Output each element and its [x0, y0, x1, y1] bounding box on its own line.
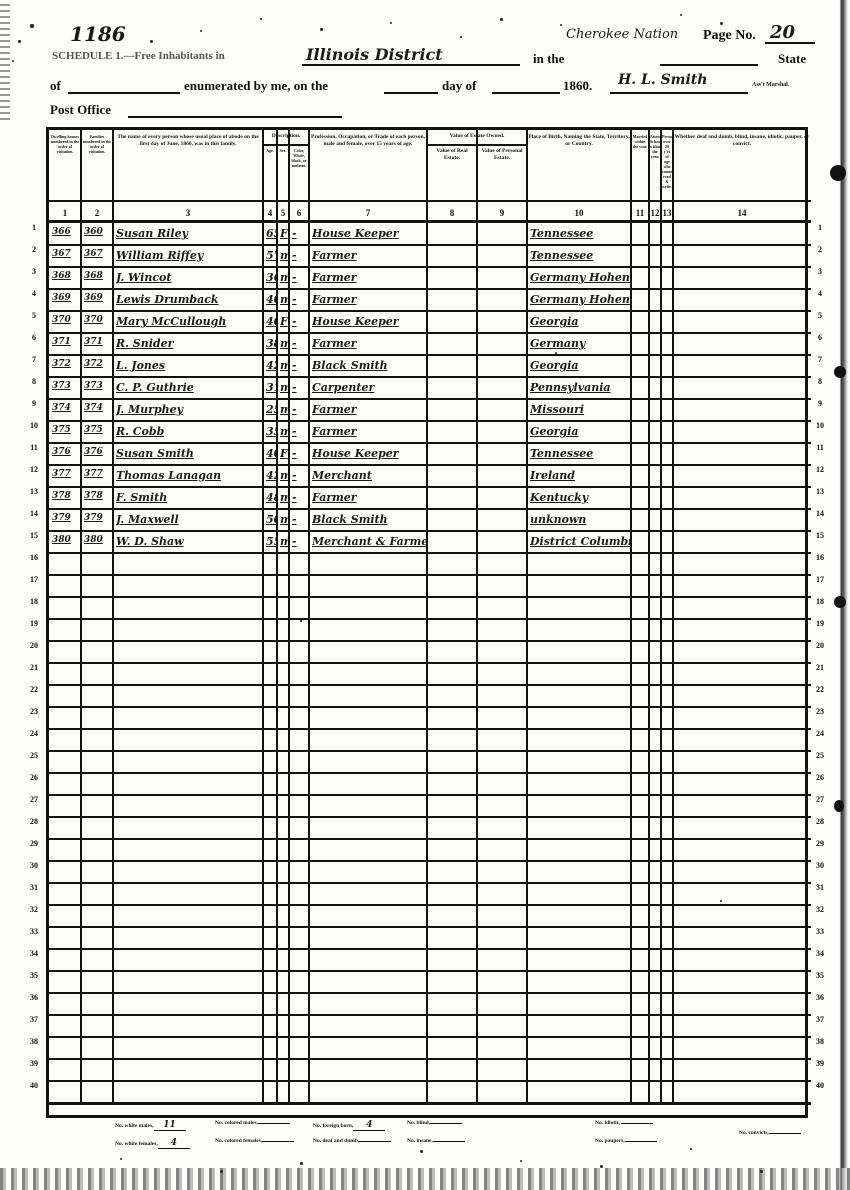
- cell-color: -: [292, 271, 308, 284]
- column-rule: [476, 130, 478, 1102]
- line-number-right: 35: [812, 971, 828, 980]
- column-number-13: 13: [661, 208, 673, 218]
- state-label: State: [778, 51, 806, 67]
- cell-sex: F: [280, 447, 288, 460]
- ink-speck: [300, 620, 302, 622]
- line-number-left: 40: [26, 1081, 42, 1090]
- column-number-12: 12: [649, 208, 661, 218]
- line-number-right: 26: [812, 773, 828, 782]
- row-rule: [49, 244, 811, 246]
- line-number-left: 7: [26, 355, 42, 364]
- line-number-left: 27: [26, 795, 42, 804]
- cell-occupation: Merchant & Farmer: [312, 535, 426, 548]
- line-number-right: 13: [812, 487, 828, 496]
- line-number-right: 16: [812, 553, 828, 562]
- cell-age: 40: [266, 315, 276, 328]
- line-number-right: 6: [812, 333, 828, 342]
- column-rule: [648, 130, 650, 1102]
- row-rule: [49, 398, 811, 400]
- cell-dwelling: 377: [52, 469, 80, 479]
- cell-sex: m: [280, 249, 288, 262]
- ink-speck: [720, 22, 723, 25]
- cell-sex: m: [280, 359, 288, 372]
- cell-age: 31: [266, 381, 276, 394]
- row-rule: [49, 1014, 811, 1016]
- column-header-14: Whether deaf and dumb, blind, insane, id…: [674, 134, 810, 196]
- line-number-left: 28: [26, 817, 42, 826]
- column-header-2: Families numbered in the order of visita…: [82, 134, 112, 196]
- line-number-left: 18: [26, 597, 42, 606]
- line-number-left: 38: [26, 1037, 42, 1046]
- cell-occupation: Farmer: [312, 403, 426, 416]
- row-rule: [49, 706, 811, 708]
- cell-birthplace: Tennessee: [530, 249, 630, 262]
- line-number-right: 20: [812, 641, 828, 650]
- ink-speck: [150, 40, 153, 43]
- line-number-right: 21: [812, 663, 828, 672]
- line-number-right: 25: [812, 751, 828, 760]
- cell-occupation: Merchant: [312, 469, 426, 482]
- cell-name: L. Jones: [116, 359, 262, 372]
- row-rule: [49, 1058, 811, 1060]
- cell-color: -: [292, 227, 308, 240]
- line-number-right: 29: [812, 839, 828, 848]
- ink-speck: [560, 24, 562, 26]
- row-rule: [49, 1080, 811, 1082]
- line-number-left: 39: [26, 1059, 42, 1068]
- line-number-right: 28: [812, 817, 828, 826]
- of-label: of: [50, 78, 61, 94]
- cell-color: -: [292, 535, 308, 548]
- header-rule: [49, 200, 811, 202]
- cell-occupation: House Keeper: [312, 447, 426, 460]
- cell-dwelling: 376: [52, 447, 80, 457]
- line-number-right: 2: [812, 245, 828, 254]
- footer-colored-males: No. colored males,: [215, 1120, 290, 1126]
- column-number-3: 3: [113, 208, 263, 218]
- column-header-9: Value of Personal Estate.: [478, 148, 526, 196]
- column-rule: [630, 130, 632, 1102]
- row-rule: [49, 948, 811, 950]
- cell-birthplace: Georgia: [530, 425, 630, 438]
- cell-occupation: Black Smith: [312, 359, 426, 372]
- ink-speck: [390, 22, 392, 24]
- cell-family: 376: [84, 447, 112, 457]
- row-rule: [49, 684, 811, 686]
- cell-age: 40: [266, 293, 276, 306]
- column-rule: [262, 130, 264, 1102]
- cell-dwelling: 379: [52, 513, 80, 523]
- cell-family: 368: [84, 271, 112, 281]
- footer-deaf-dumb: No. deaf and dumb,: [313, 1138, 391, 1144]
- cell-family: 374: [84, 403, 112, 413]
- line-number-right: 39: [812, 1059, 828, 1068]
- column-rule: [112, 130, 114, 1102]
- cell-occupation: Black Smith: [312, 513, 426, 526]
- row-rule: [49, 288, 811, 290]
- cell-color: -: [292, 513, 308, 526]
- footer-convicts: No. convicts,: [739, 1130, 801, 1136]
- county-value: Cherokee Nation: [566, 27, 678, 42]
- line-number-right: 31: [812, 883, 828, 892]
- cell-dwelling: 369: [52, 293, 80, 303]
- row-rule: [49, 860, 811, 862]
- row-rule: [49, 354, 811, 356]
- line-number-left: 3: [26, 267, 42, 276]
- column-number-7: 7: [309, 208, 427, 218]
- group-header-description: Description.: [263, 133, 309, 140]
- schedule-title: SCHEDULE 1.—Free Inhabitants in: [52, 50, 225, 62]
- group-rule: [263, 144, 309, 146]
- cell-color: -: [292, 381, 308, 394]
- column-rule: [672, 130, 674, 1102]
- row-rule: [49, 596, 811, 598]
- cell-age: 50: [266, 513, 276, 526]
- cell-name: J. Wincot: [116, 271, 262, 284]
- punch-hole: [834, 366, 846, 378]
- line-number-right: 12: [812, 465, 828, 474]
- line-number-right: 33: [812, 927, 828, 936]
- row-rule: [49, 508, 811, 510]
- column-rule: [526, 130, 528, 1102]
- line-number-right: 34: [812, 949, 828, 958]
- cell-dwelling: 375: [52, 425, 80, 435]
- cell-birthplace: Georgia: [530, 359, 630, 372]
- ink-speck: [500, 18, 503, 21]
- column-number-1: 1: [49, 208, 81, 218]
- sheet-number: 1186: [70, 22, 126, 46]
- ink-speck: [320, 28, 323, 31]
- cell-dwelling: 370: [52, 315, 80, 325]
- cell-birthplace: Germany Hohenburn: [530, 293, 630, 306]
- row-rule: [49, 442, 811, 444]
- ink-speck: [690, 1148, 692, 1150]
- line-number-left: 4: [26, 289, 42, 298]
- column-header-4: Age.: [264, 148, 276, 196]
- cell-name: William Riffey: [116, 249, 262, 262]
- cell-name: Susan Smith: [116, 447, 262, 460]
- cell-age: 36: [266, 271, 276, 284]
- cell-occupation: Carpenter: [312, 381, 426, 394]
- cell-age: 40: [266, 447, 276, 460]
- ink-speck: [460, 36, 462, 38]
- row-rule: [49, 992, 811, 994]
- line-number-left: 33: [26, 927, 42, 936]
- cell-sex: m: [280, 403, 288, 416]
- line-number-right: 1: [812, 223, 828, 232]
- line-number-right: 4: [812, 289, 828, 298]
- line-number-left: 8: [26, 377, 42, 386]
- column-header-1: Dwelling-houses numbered in the order of…: [50, 134, 80, 196]
- cell-sex: m: [280, 337, 288, 350]
- cell-sex: F: [280, 227, 288, 240]
- cell-age: 42: [266, 359, 276, 372]
- column-rule: [80, 130, 82, 1102]
- ink-speck: [260, 18, 262, 20]
- cell-sex: m: [280, 491, 288, 504]
- cell-color: -: [292, 249, 308, 262]
- line-number-right: 15: [812, 531, 828, 540]
- column-number-5: 5: [277, 208, 289, 218]
- ink-speck: [120, 1158, 122, 1160]
- cell-dwelling: 366: [52, 227, 80, 237]
- punch-hole: [834, 800, 844, 812]
- cell-color: -: [292, 491, 308, 504]
- year-label: 1860.: [563, 78, 592, 94]
- cell-occupation: Farmer: [312, 271, 426, 284]
- census-page: 1186 SCHEDULE 1.—Free Inhabitants in Ill…: [0, 0, 850, 1190]
- cell-family: 370: [84, 315, 112, 325]
- page-no-value: 20: [770, 22, 795, 43]
- row-rule: [49, 552, 811, 554]
- cell-name: Thomas Lanagan: [116, 469, 262, 482]
- cell-family: 372: [84, 359, 112, 369]
- ink-speck: [12, 60, 14, 62]
- ink-speck: [720, 900, 722, 902]
- line-number-right: 17: [812, 575, 828, 584]
- line-number-left: 21: [26, 663, 42, 672]
- cell-age: 57: [266, 249, 276, 262]
- line-number-right: 18: [812, 597, 828, 606]
- cell-dwelling: 374: [52, 403, 80, 413]
- footer-idiotic: No. idiotic,: [595, 1120, 653, 1126]
- cell-name: R. Snider: [116, 337, 262, 350]
- row-rule: [49, 750, 811, 752]
- cell-age: 42: [266, 469, 276, 482]
- header-rule: [49, 220, 811, 223]
- cell-dwelling: 371: [52, 337, 80, 347]
- line-number-right: 32: [812, 905, 828, 914]
- column-number-9: 9: [477, 208, 527, 218]
- column-number-10: 10: [527, 208, 631, 218]
- line-number-left: 37: [26, 1015, 42, 1024]
- row-rule: [49, 530, 811, 532]
- column-number-11: 11: [631, 208, 649, 218]
- column-rule: [308, 130, 310, 1102]
- ink-speck: [300, 1162, 303, 1165]
- cell-family: 378: [84, 491, 112, 501]
- enumerated-label: enumerated by me, on the: [184, 78, 328, 94]
- cell-age: 48: [266, 491, 276, 504]
- cell-name: J. Maxwell: [116, 513, 262, 526]
- line-number-left: 17: [26, 575, 42, 584]
- cell-family: 373: [84, 381, 112, 391]
- cell-color: -: [292, 425, 308, 438]
- column-header-6: Color, White, black, or mulatto.: [290, 148, 308, 196]
- cell-age: 65: [266, 227, 276, 240]
- cell-birthplace: unknown: [530, 513, 630, 526]
- line-number-left: 2: [26, 245, 42, 254]
- cell-family: 380: [84, 535, 112, 545]
- row-rule: [49, 574, 811, 576]
- column-header-7: Profession, Occupation, or Trade of each…: [310, 134, 426, 196]
- cell-family: 367: [84, 249, 112, 259]
- footer-foreign-born: No. foreign born,4: [313, 1120, 385, 1131]
- cell-family: 371: [84, 337, 112, 347]
- cell-dwelling: 378: [52, 491, 80, 501]
- cell-sex: F: [280, 315, 288, 328]
- row-rule: [49, 486, 811, 488]
- footer-rule: [49, 1102, 811, 1105]
- cell-family: 375: [84, 425, 112, 435]
- row-rule: [49, 640, 811, 642]
- line-number-left: 34: [26, 949, 42, 958]
- column-number-8: 8: [427, 208, 477, 218]
- page-no-label: Page No.: [703, 28, 756, 44]
- cell-occupation: Farmer: [312, 293, 426, 306]
- column-rule: [426, 130, 428, 1102]
- line-number-right: 27: [812, 795, 828, 804]
- cell-family: 377: [84, 469, 112, 479]
- cell-name: Susan Riley: [116, 227, 262, 240]
- page-edge-bottom: [0, 1168, 850, 1190]
- line-number-left: 11: [26, 443, 42, 452]
- column-number-4: 4: [263, 208, 277, 218]
- cell-sex: m: [280, 381, 288, 394]
- cell-color: -: [292, 337, 308, 350]
- group-rule: [427, 144, 527, 146]
- cell-sex: m: [280, 425, 288, 438]
- row-rule: [49, 794, 811, 796]
- line-number-right: 36: [812, 993, 828, 1002]
- line-number-left: 6: [26, 333, 42, 342]
- cell-dwelling: 368: [52, 271, 80, 281]
- cell-dwelling: 372: [52, 359, 80, 369]
- line-number-left: 12: [26, 465, 42, 474]
- line-number-left: 13: [26, 487, 42, 496]
- cell-birthplace: Kentucky: [530, 491, 630, 504]
- punch-hole: [830, 165, 846, 181]
- cell-birthplace: Tennessee: [530, 227, 630, 240]
- ink-speck: [600, 1165, 603, 1168]
- column-rule: [276, 130, 278, 1102]
- cell-color: -: [292, 315, 308, 328]
- row-rule: [49, 926, 811, 928]
- footer-paupers: No. paupers,: [595, 1138, 657, 1144]
- line-number-left: 20: [26, 641, 42, 650]
- row-rule: [49, 310, 811, 312]
- line-number-left: 35: [26, 971, 42, 980]
- ink-speck: [30, 24, 34, 28]
- line-number-left: 31: [26, 883, 42, 892]
- line-number-left: 19: [26, 619, 42, 628]
- ink-speck: [420, 1150, 423, 1153]
- line-number-left: 36: [26, 993, 42, 1002]
- line-number-left: 16: [26, 553, 42, 562]
- footer-insane: No. insane,: [407, 1138, 465, 1144]
- row-rule: [49, 838, 811, 840]
- cell-family: 379: [84, 513, 112, 523]
- ink-speck: [220, 1170, 223, 1173]
- column-number-6: 6: [289, 208, 309, 218]
- row-rule: [49, 376, 811, 378]
- row-rule: [49, 464, 811, 466]
- line-number-right: 7: [812, 355, 828, 364]
- cell-sex: m: [280, 271, 288, 284]
- page-edge-left: [0, 0, 10, 120]
- cell-family: 360: [84, 227, 112, 237]
- ink-speck: [18, 40, 21, 43]
- footer-blind: No. blind,: [407, 1120, 462, 1126]
- line-number-left: 5: [26, 311, 42, 320]
- cell-birthplace: Georgia: [530, 315, 630, 328]
- group-header-value-estate: Value of Estate Owned.: [427, 133, 527, 140]
- row-rule: [49, 618, 811, 620]
- column-rule: [288, 130, 290, 1102]
- line-number-left: 29: [26, 839, 42, 848]
- line-number-right: 24: [812, 729, 828, 738]
- line-number-left: 23: [26, 707, 42, 716]
- line-number-right: 8: [812, 377, 828, 386]
- row-rule: [49, 662, 811, 664]
- district-value: Illinois District: [306, 45, 443, 64]
- cell-sex: m: [280, 293, 288, 306]
- row-rule: [49, 266, 811, 268]
- column-header-12: Attended School within the year.: [650, 134, 660, 196]
- ink-speck: [760, 1170, 763, 1173]
- ink-speck: [555, 352, 557, 354]
- punch-hole: [834, 596, 846, 608]
- line-number-left: 22: [26, 685, 42, 694]
- row-rule: [49, 970, 811, 972]
- row-rule: [49, 772, 811, 774]
- line-number-right: 14: [812, 509, 828, 518]
- line-number-left: 30: [26, 861, 42, 870]
- cell-occupation: Farmer: [312, 425, 426, 438]
- row-rule: [49, 904, 811, 906]
- column-number-14: 14: [673, 208, 811, 218]
- footer-white-males: No. white males,11: [115, 1120, 186, 1131]
- cell-dwelling: 367: [52, 249, 80, 259]
- line-number-right: 19: [812, 619, 828, 628]
- line-number-left: 25: [26, 751, 42, 760]
- marshal-label: Ass't Marshal.: [752, 82, 789, 88]
- cell-age: 55: [266, 535, 276, 548]
- ink-speck: [680, 14, 682, 16]
- cell-sex: m: [280, 469, 288, 482]
- line-number-left: 15: [26, 531, 42, 540]
- cell-occupation: House Keeper: [312, 227, 426, 240]
- line-number-right: 5: [812, 311, 828, 320]
- cell-birthplace: Ireland: [530, 469, 630, 482]
- line-number-right: 38: [812, 1037, 828, 1046]
- footer-white-females: No. white females,4: [115, 1138, 190, 1149]
- column-header-5: Sex.: [278, 148, 288, 196]
- line-number-left: 1: [26, 223, 42, 232]
- cell-sex: m: [280, 535, 288, 548]
- line-number-right: 10: [812, 421, 828, 430]
- line-number-left: 26: [26, 773, 42, 782]
- line-number-left: 32: [26, 905, 42, 914]
- in-the-label: in the: [533, 51, 564, 67]
- cell-color: -: [292, 469, 308, 482]
- line-number-right: 9: [812, 399, 828, 408]
- cell-birthplace: Germany Hohenburn: [530, 271, 630, 284]
- row-rule: [49, 882, 811, 884]
- line-number-left: 10: [26, 421, 42, 430]
- cell-color: -: [292, 447, 308, 460]
- cell-age: 35: [266, 425, 276, 438]
- column-header-13: Persons over 20 y'rs of age who cannot r…: [662, 134, 672, 196]
- cell-name: Mary McCullough: [116, 315, 262, 328]
- cell-occupation: Farmer: [312, 337, 426, 350]
- post-office-label: Post Office: [50, 102, 111, 118]
- cell-name: R. Cobb: [116, 425, 262, 438]
- cell-dwelling: 373: [52, 381, 80, 391]
- cell-name: F. Smith: [116, 491, 262, 504]
- line-number-left: 9: [26, 399, 42, 408]
- row-rule: [49, 728, 811, 730]
